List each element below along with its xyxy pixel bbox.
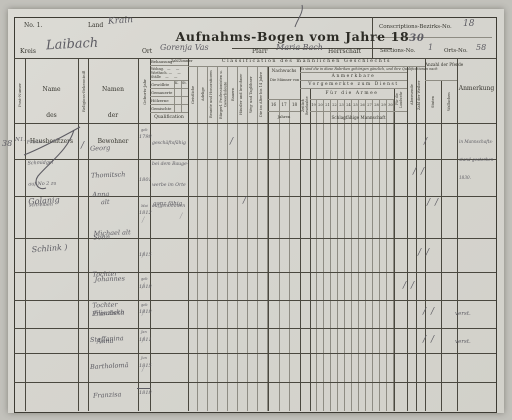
nachwuchs-footer: Jahren — [268, 114, 300, 119]
row-line — [14, 328, 496, 329]
armee-age: 29 — [380, 103, 387, 107]
tick-mark: / — [243, 196, 246, 206]
qualification-header: Qualification — [150, 115, 188, 120]
form-title-printed: Aufnahms-Bogen vom Jahre 18 — [176, 29, 410, 44]
birth-year-row2: 1801 — [139, 177, 152, 183]
rule — [268, 111, 300, 112]
tick-mark: / — [411, 281, 414, 291]
nachwuchs-age: 18 — [289, 102, 300, 107]
owner-header-line: des — [27, 112, 76, 119]
anmerkung-entry-row1: in Mannschafts- stand gestorben 1830. — [459, 127, 493, 193]
behausung-col-zahl: Zahl — [171, 59, 179, 63]
status-col-alter-bis-14: Die im Alter bis 14 Jahre — [259, 68, 268, 121]
column-header-post-number: Post-Numer — [15, 70, 25, 120]
owner-line: Schlink ) — [31, 240, 68, 258]
rule — [310, 99, 394, 100]
rule — [150, 104, 188, 105]
armee-age: 26 — [359, 103, 366, 107]
pferde-col-wallachen: Wallachen — [445, 84, 453, 120]
anmerkung-entry-row7: verst. — [455, 339, 471, 345]
column-header-birth-year: Geburts-Jahr — [140, 64, 149, 120]
birth-note-row8: Jun — [141, 356, 147, 360]
form-title-year-hand: 30 — [409, 33, 424, 44]
armee-age: 30 — [387, 103, 394, 107]
post-number-entry: N1. — [15, 137, 25, 143]
pfarr-label: Pfarr — [252, 48, 268, 55]
row-line — [14, 196, 496, 197]
status-col-tagloehner: Weg- und Taglöhner — [249, 68, 258, 121]
rule — [310, 111, 407, 112]
rule — [150, 96, 188, 97]
faint-tick-mark: / — [142, 309, 144, 317]
orts-number-label: Orts-No. — [444, 48, 468, 54]
beurlaubte-column: Zeitlich Beurlaubte — [301, 90, 310, 121]
classification-title: Classification des männlichen Geschlecht… — [188, 59, 425, 64]
nachwuchs-title: Nachwuchs — [268, 68, 300, 73]
tick-mark: / — [230, 137, 233, 147]
ort-value-handwritten: Gorenja Vas — [160, 43, 209, 52]
faint-tick-mark: / — [142, 365, 144, 373]
armee-age: 20 — [317, 103, 324, 107]
faint-tick-mark: / — [142, 282, 144, 290]
tick-mark: / — [435, 198, 438, 208]
rule — [279, 99, 280, 411]
pferde-col-stuten: Stuten — [429, 84, 437, 120]
owner-line: Golanig — [28, 192, 65, 210]
qualification-entry-row3: ganz fähig — [153, 201, 182, 207]
row-line — [14, 272, 496, 273]
rule — [150, 65, 188, 66]
behausung-material: Hölzerne — [151, 98, 169, 103]
rule — [88, 58, 89, 411]
birth-year-row9: 1818 — [139, 390, 152, 396]
owner-header-line: Name — [27, 86, 76, 93]
abwesende-column: Abwesende — [408, 70, 416, 120]
vorgemerkte-header: Vorgemerkte zum Dienst — [300, 82, 407, 87]
behausung-col-st: St. — [182, 81, 187, 85]
rule — [394, 88, 395, 411]
rule — [25, 58, 26, 411]
row-line — [14, 300, 496, 301]
tick-mark: / — [424, 137, 427, 147]
behausung-col-k: K. — [175, 81, 179, 85]
rule — [457, 58, 458, 411]
tick-mark: / — [431, 335, 434, 345]
birth-year-row7: 1811 — [139, 337, 152, 343]
qualification-line: werbe im Orte — [152, 182, 188, 189]
rule — [425, 58, 426, 411]
armee-column-grid — [310, 99, 394, 411]
armee-age: 21 — [324, 103, 331, 107]
weiber-column: Zahl der Weiber — [417, 70, 425, 120]
tick-mark: / — [81, 141, 84, 151]
armee-age: 25 — [352, 103, 359, 107]
kreis-label: Kreis — [20, 48, 36, 55]
qualification-line: geschäftsfähig — [152, 140, 188, 147]
herrschaft-label: Herrschaft — [328, 48, 361, 55]
armee-age: 24 — [345, 103, 352, 107]
rule — [425, 80, 457, 81]
tick-mark: / — [421, 167, 424, 177]
header-body-separator — [14, 123, 496, 124]
row-line — [14, 159, 496, 160]
armee-age: 22 — [331, 103, 338, 107]
conscription-district-value: 18 — [463, 19, 474, 29]
armee-title: Für die Armee — [310, 91, 394, 96]
birth-note-row5: geb — [141, 277, 148, 281]
status-col-beamte: Beamte und Honoratioren — [209, 68, 218, 121]
anmerkung-line: stand gestorben — [459, 157, 493, 163]
birth-year-row1: 1798 — [139, 134, 152, 140]
anmerkung-header: Anmerkung — [457, 85, 496, 92]
pferde-title: Anzahl der Pferde — [425, 62, 457, 67]
rule — [150, 88, 188, 89]
qualification-line: bei dem Bauge- — [152, 161, 188, 168]
anmerkung-entry-row6: verst. — [455, 311, 471, 317]
armee-age: 28 — [373, 103, 380, 107]
row-line — [14, 238, 496, 239]
birth-note-row3: Mai — [141, 204, 148, 208]
inhabitant-line: Anna — [92, 187, 129, 201]
section-number-label: Sections-No. — [380, 48, 415, 54]
orts-number-value: 58 — [476, 43, 486, 52]
margin-note-handwritten: 38 — [2, 139, 12, 148]
inhabitants-entry-row5: Tochter Anna — [91, 275, 119, 372]
kreis-value-handwritten: Laibach — [46, 36, 99, 54]
inhabitants-header-line: der — [90, 112, 136, 119]
tick-mark: / — [431, 307, 434, 317]
land-value-handwritten: Krain — [108, 15, 134, 27]
inhabitants-entry-row9: Franzisa — [93, 390, 122, 399]
section-number-value: 1 — [428, 43, 433, 52]
pen-overline — [137, 388, 151, 389]
anmerkbare-header: Anmerkbare — [300, 74, 407, 79]
pfarr-value-handwritten: Maria Bach — [276, 43, 323, 52]
rule — [289, 99, 290, 411]
ort-label: Ort — [142, 48, 152, 55]
behausung-material: Gemischte — [151, 106, 171, 111]
tick-mark: / — [423, 335, 426, 345]
birth-year-row4: 1815 — [139, 252, 152, 258]
tick-mark: / — [413, 167, 416, 177]
birth-year-row8: 1815 — [139, 363, 152, 369]
status-col-bauern: Bauern — [229, 68, 238, 121]
birth-note-row7: Jan — [141, 330, 147, 334]
schlagfaehige-footer: Schlagfähige Mannschaft — [310, 115, 407, 120]
tick-mark: / — [423, 307, 426, 317]
armee-age: 27 — [366, 103, 373, 107]
behausung-material: Gemauerte — [151, 90, 172, 95]
birth-year-row3: 1812 — [139, 210, 152, 216]
row-line — [14, 353, 496, 354]
faint-tick-mark: / — [142, 336, 144, 344]
land-label: Land — [88, 22, 103, 29]
rule — [150, 112, 188, 113]
faint-tick-mark: / — [180, 212, 182, 220]
rule — [268, 99, 300, 100]
form-title: Aufnahms-Bogen vom Jahre 1830 — [170, 29, 430, 44]
tick-mark: / — [418, 248, 421, 258]
rule — [300, 88, 407, 89]
rule — [138, 58, 139, 411]
column-header-religion: Religions-Bekenntniß — [79, 62, 88, 120]
landwehr-column: Für die Landwehr — [395, 89, 407, 110]
birth-note-row1: geb — [141, 128, 148, 132]
faint-tick-mark: / — [142, 251, 144, 259]
inhabitants-entry-row6: Franziska — [92, 308, 125, 318]
birth-year-row5: 1818 — [139, 284, 152, 290]
classification-subtitle: Es sind die in diese Rubriken gehörigen … — [300, 67, 407, 71]
armee-age: 19 — [310, 103, 317, 107]
anmerkung-line: in Mannschafts- — [459, 139, 493, 145]
row-line — [14, 382, 496, 383]
nachwuchs-age: 17 — [279, 102, 289, 107]
behausung-material: Gewölbte — [151, 82, 169, 87]
owner-line: Frania — [27, 139, 55, 147]
faint-tick-mark: / — [142, 216, 144, 224]
birth-year-row6: 1818 — [139, 309, 152, 315]
tick-mark: / — [403, 281, 406, 291]
status-col-geistliche: Geistliche — [189, 68, 198, 121]
tick-mark: / — [426, 248, 429, 258]
inhabitants-header-line: Namen — [90, 86, 136, 93]
scanned-census-form: No. 1. Land Krain Conscriptions-Bezirks-… — [0, 0, 512, 420]
status-col-haeusler: Häusler und Inwohner — [239, 68, 248, 121]
qualification-entry-row1: geschäftsfähig bei dem Bauge- werbe im O… — [152, 126, 188, 224]
status-col-adelige: Adelige — [199, 68, 208, 121]
status-col-professionisten: Bürgerl. Professionisten u. Gewerbsleute — [219, 68, 228, 121]
armee-age: 23 — [338, 103, 345, 107]
behausung-row: Ställe — — — [151, 75, 177, 79]
nachwuchs-age: 16 — [268, 102, 279, 107]
tick-mark: / — [427, 198, 430, 208]
nachwuchs-subtitle: Die Männer von — [270, 78, 298, 82]
rule — [441, 80, 442, 411]
birth-note-row6: geb — [141, 303, 148, 307]
form-number-label: No. 1. — [24, 22, 42, 29]
anmerkung-line: 1830. — [459, 175, 493, 181]
inhabitant-line: Georg — [90, 143, 125, 153]
